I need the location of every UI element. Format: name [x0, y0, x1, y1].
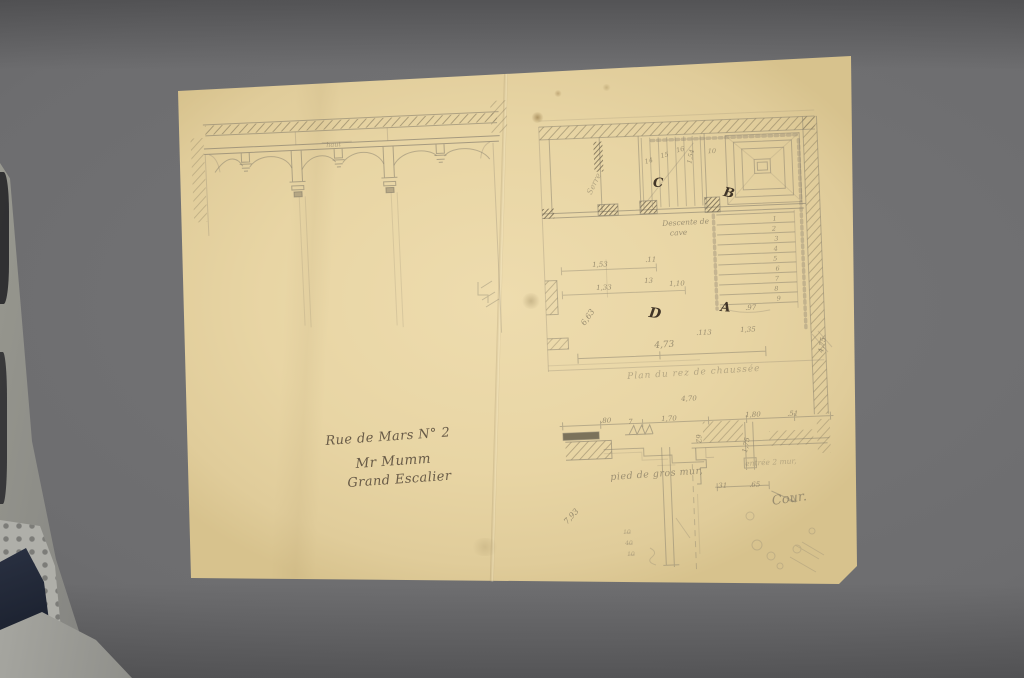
- measurement: .97: [745, 304, 756, 312]
- photograph-of-architectural-sketch: 1 2 3 4 5 6 7 8 9 14 15 16 10 1,54: [0, 0, 1024, 678]
- measurement: 6,63: [579, 307, 597, 327]
- measurement: .51: [787, 410, 798, 418]
- inscription-line-1: Rue de Mars N° 2: [325, 425, 451, 449]
- measurement: 1,35: [740, 325, 756, 334]
- measurement: 1,10: [669, 279, 685, 288]
- plan-letter-a: A: [720, 300, 731, 316]
- measurement: 1,53: [592, 260, 608, 269]
- wall-note: pied de gros mur,: [610, 466, 703, 483]
- plan-title: Plan du rez de chaussée: [627, 364, 761, 382]
- measurement: .113: [696, 328, 712, 337]
- measurement: 7,93: [562, 507, 581, 526]
- measurement: 1,75: [741, 437, 752, 454]
- annotations: haut Rue de Mars N° 2 Mr Mumm Grand Esca…: [0, 0, 1024, 678]
- measurement: .31: [716, 482, 727, 490]
- measurement: 4,70: [681, 394, 697, 403]
- stair-label: Descente de cave: [662, 217, 710, 239]
- measurement: .80: [600, 417, 611, 425]
- measurement: 1,70: [661, 414, 677, 423]
- inscription-line-2: Mr Mumm: [355, 451, 431, 472]
- measurement: 1,80: [745, 410, 761, 419]
- measurement: 40: [625, 540, 633, 547]
- inscription-line-3: Grand Escalier: [347, 469, 452, 491]
- beam-label: haut: [326, 140, 341, 149]
- measurement: 4,75: [817, 337, 828, 354]
- measurement: 1,33: [596, 283, 612, 292]
- court-label: Cour.: [771, 489, 808, 509]
- measurement: 7: [628, 418, 633, 426]
- measurement: .11: [645, 256, 656, 264]
- measurement: 10: [623, 529, 631, 536]
- measurement: .65: [749, 481, 760, 489]
- entry-note: entrée 2 mur,: [745, 456, 797, 468]
- measurement: 62: [694, 434, 703, 444]
- measurement: 13: [644, 277, 653, 285]
- measurement: 4,73: [654, 340, 675, 351]
- plan-letter-b: B: [722, 185, 736, 202]
- plan-letter-c: C: [653, 176, 663, 191]
- room-label: Serre: [585, 172, 603, 196]
- plan-letter-d: D: [648, 305, 662, 323]
- measurement: 10: [627, 551, 635, 558]
